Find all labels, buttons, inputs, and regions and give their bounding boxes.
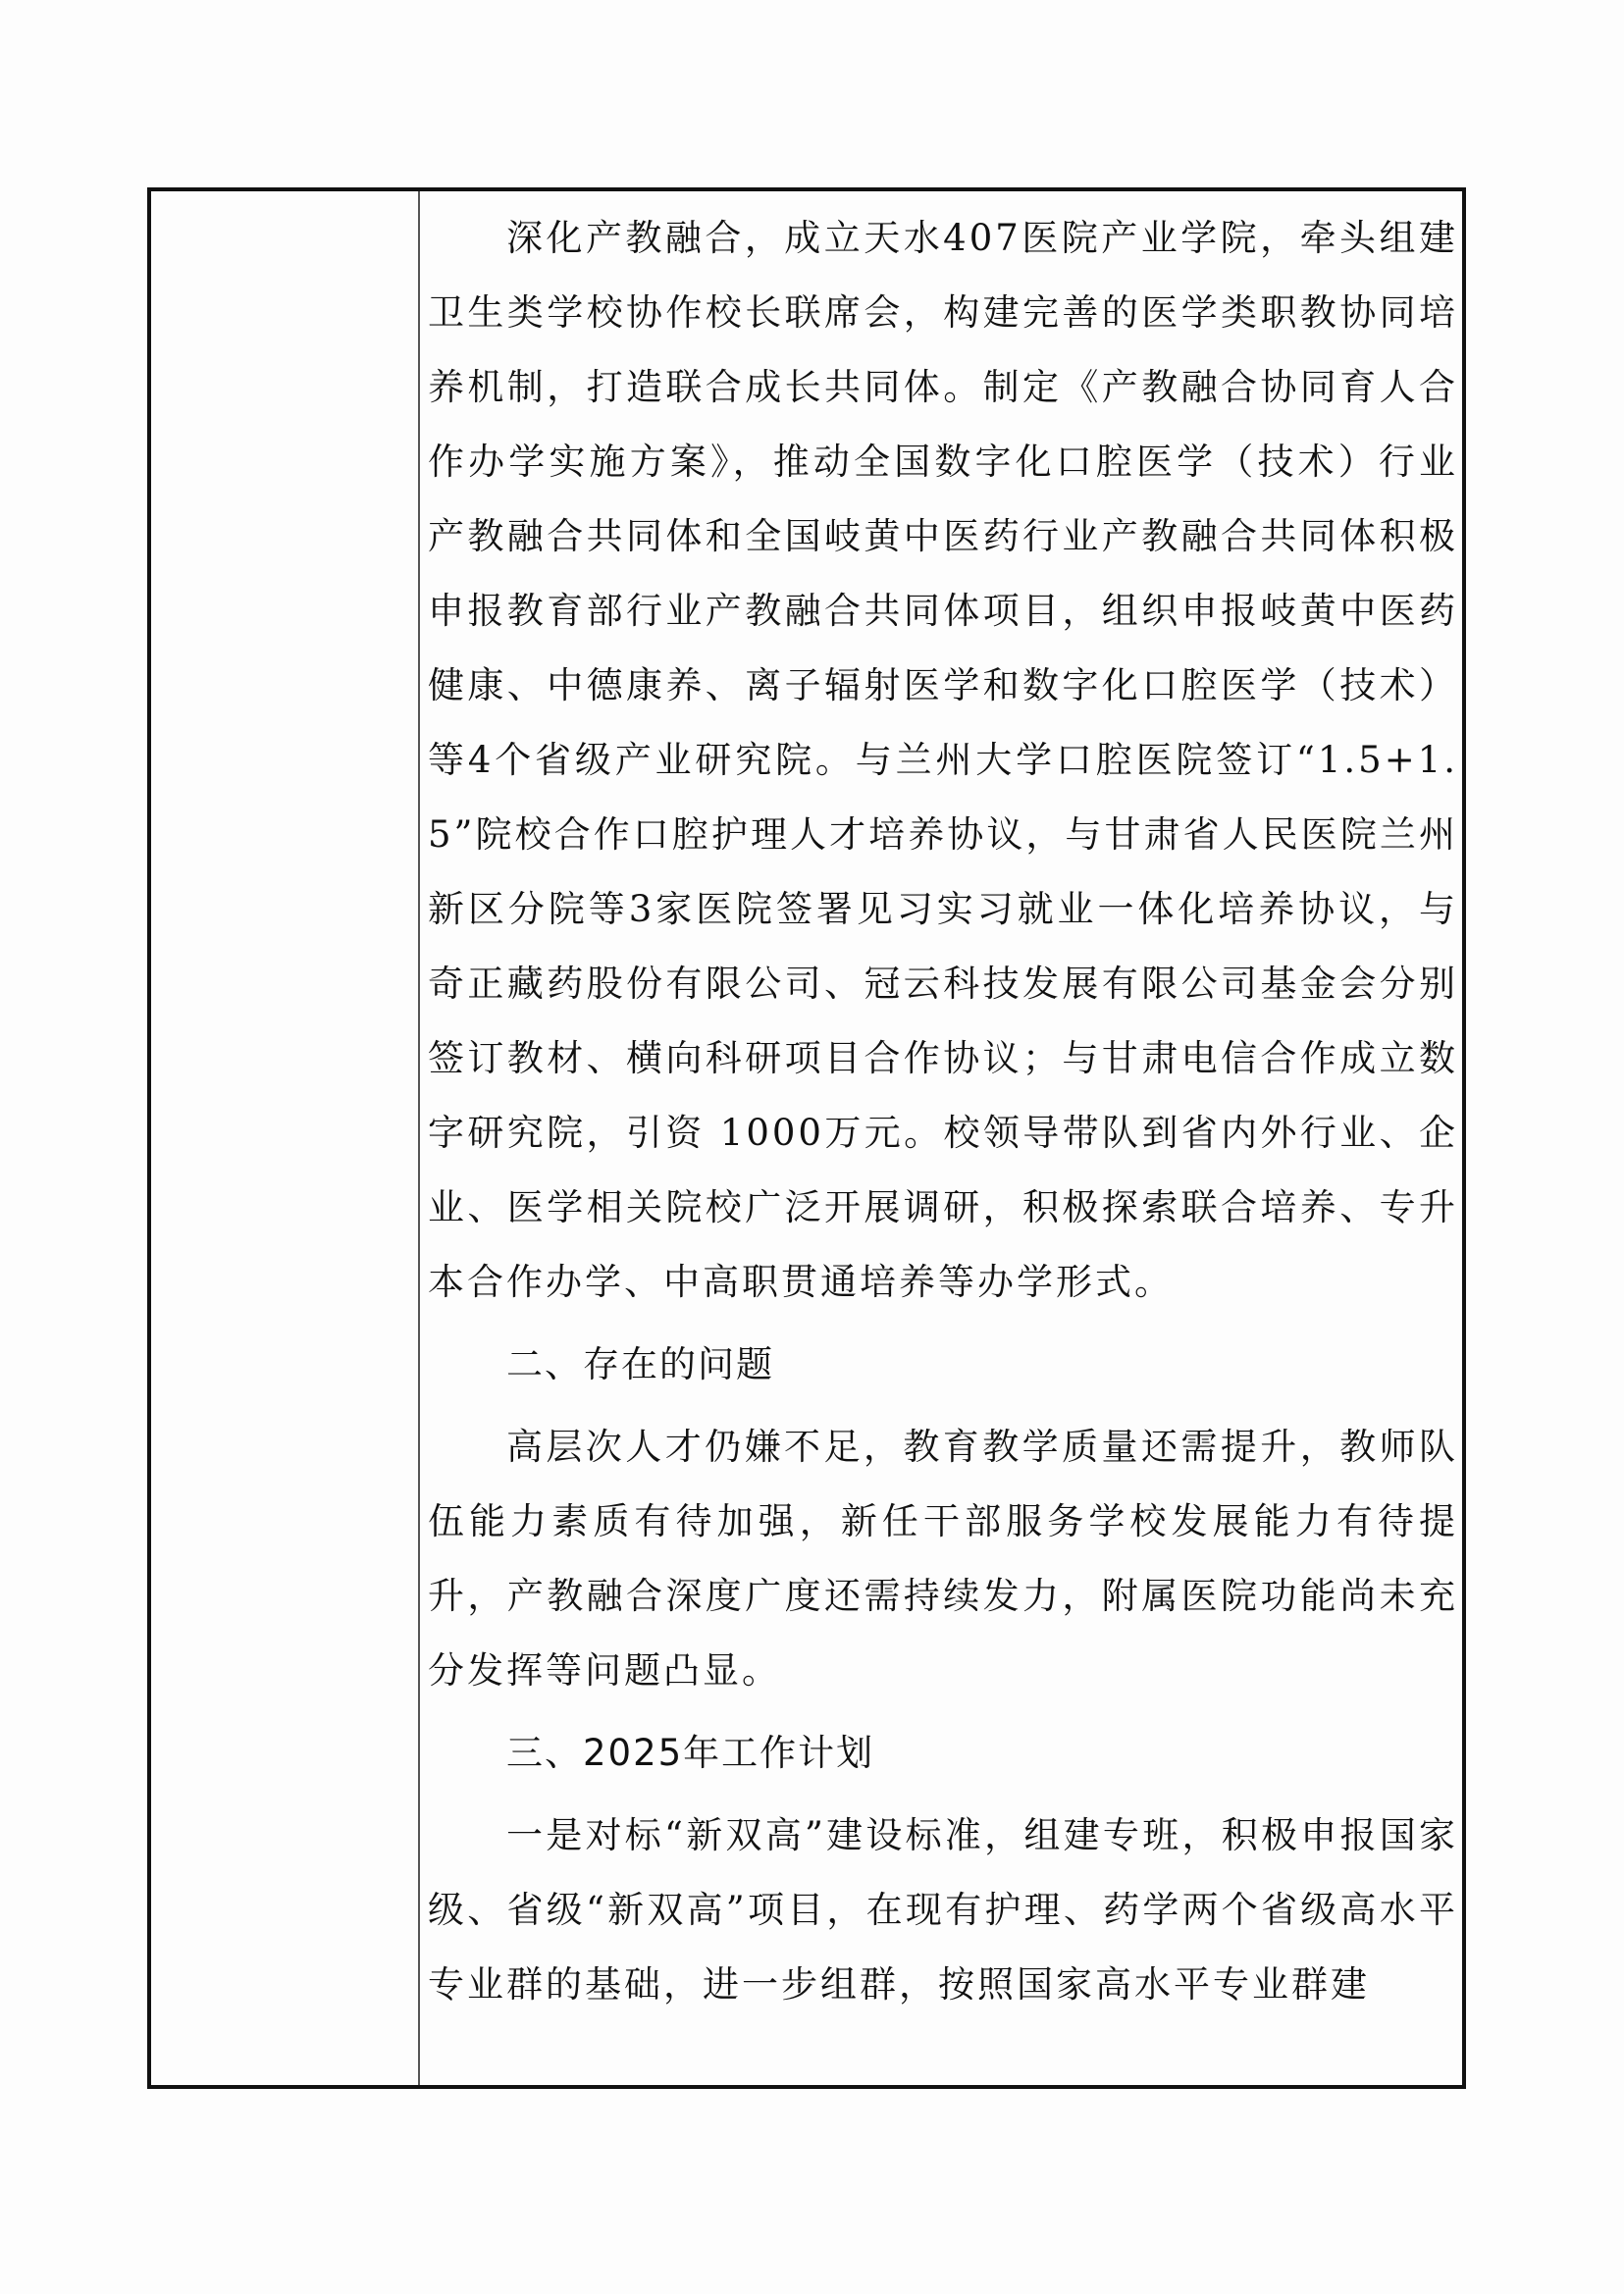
report-table: 深化产教融合，成立天水407医院产业学院，牵头组建卫生类学校协作校长联席会，构建… (147, 187, 1466, 2089)
paragraph-work-plan-item-one: 一是对标“新双高”建设标准，组建专班，积极申报国家级、省级“新双高”项目，在现有… (428, 1799, 1458, 2022)
table-left-cell (151, 191, 420, 2085)
document-page: 深化产教融合，成立天水407医院产业学院，牵头组建卫生类学校协作校长联席会，构建… (0, 0, 1624, 2294)
section-heading-existing-problems: 二、存在的问题 (428, 1328, 1458, 1402)
paragraph-industry-education-integration: 深化产教融合，成立天水407医院产业学院，牵头组建卫生类学校协作校长联席会，构建… (428, 201, 1458, 1320)
table-right-cell: 深化产教融合，成立天水407医院产业学院，牵头组建卫生类学校协作校长联席会，构建… (420, 191, 1462, 2085)
section-heading-2025-work-plan: 三、2025年工作计划 (428, 1716, 1458, 1791)
paragraph-existing-problems: 高层次人才仍嫌不足，教育教学质量还需提升，教师队伍能力素质有待加强，新任干部服务… (428, 1410, 1458, 1708)
report-content: 深化产教融合，成立天水407医院产业学院，牵头组建卫生类学校协作校长联席会，构建… (428, 201, 1458, 2022)
